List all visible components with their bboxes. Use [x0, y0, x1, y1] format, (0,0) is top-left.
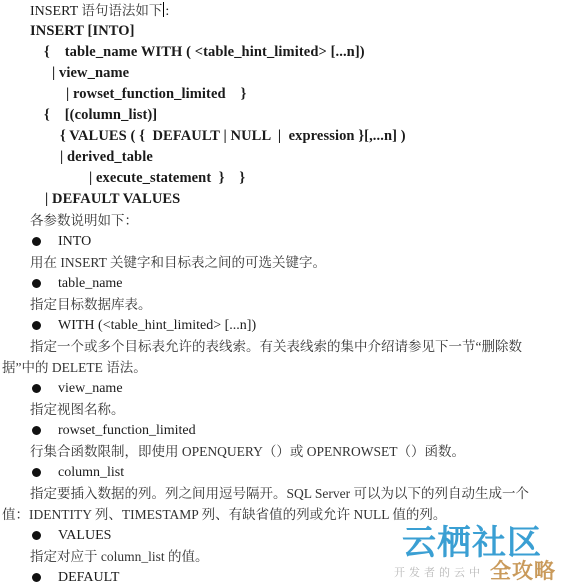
- param-desc: 指定一个或多个目标表允许的表线索。有关表线索的集中介绍请参见下一节“删除数: [30, 336, 522, 357]
- param-item: WITH (<table_hint_limited> [...n]): [32, 315, 256, 336]
- bullet-icon: [32, 468, 41, 477]
- param-item: table_name: [32, 273, 123, 294]
- syntax-line: INSERT [INTO]: [30, 21, 135, 42]
- intro-colon: :: [165, 4, 169, 19]
- watermark-slogan: 开发者的云中: [394, 564, 484, 580]
- syntax-line: { VALUES ( { DEFAULT | NULL | expression…: [60, 126, 406, 147]
- param-item: rowset_function_limited: [32, 420, 196, 441]
- param-name: view_name: [58, 378, 123, 399]
- bullet-icon: [32, 279, 41, 288]
- syntax-line: | rowset_function_limited }: [66, 84, 246, 105]
- syntax-line: { table_name WITH ( <table_hint_limited>…: [44, 42, 365, 63]
- param-name: VALUES: [58, 525, 111, 546]
- params-heading: 各参数说明如下：: [30, 210, 138, 231]
- watermark-logo-text: 云栖社区: [402, 524, 542, 562]
- bullet-icon: [32, 384, 41, 393]
- param-desc: 据”中的 DELETE 语法。: [2, 357, 147, 378]
- param-desc: 指定对应于 column_list 的值。: [30, 546, 209, 567]
- param-name: column_list: [58, 462, 124, 483]
- watermark-tag: 全攻略: [490, 558, 556, 584]
- intro-line: INSERT 语句语法如下:: [30, 0, 169, 21]
- param-desc: 指定要插入数据的列。列之间用逗号隔开。SQL Server 可以为以下的列自动生…: [30, 483, 529, 504]
- syntax-line: | execute_statement } }: [89, 168, 245, 189]
- param-item: column_list: [32, 462, 124, 483]
- param-item: view_name: [32, 378, 123, 399]
- param-item: INTO: [32, 231, 91, 252]
- param-desc: 值：IDENTITY 列、TIMESTAMP 列、有缺省值的列或允许 NULL …: [2, 504, 446, 525]
- param-name: table_name: [58, 273, 123, 294]
- param-item: VALUES: [32, 525, 111, 546]
- syntax-line: | derived_table: [60, 147, 153, 168]
- bullet-icon: [32, 321, 41, 330]
- syntax-line: | DEFAULT VALUES: [45, 189, 180, 210]
- param-name: rowset_function_limited: [58, 420, 196, 441]
- bullet-icon: [32, 237, 41, 246]
- intro-text: 语句语法如下: [81, 3, 162, 18]
- syntax-line: { [(column_list)]: [44, 105, 157, 126]
- intro-keyword: INSERT: [30, 4, 78, 19]
- bullet-icon: [32, 573, 41, 582]
- param-desc: 指定视图名称。: [30, 399, 125, 420]
- param-name: INTO: [58, 231, 91, 252]
- param-item: DEFAULT: [32, 567, 119, 588]
- param-desc: 指定目标数据库表。: [30, 294, 152, 315]
- param-desc: 用在 INSERT 关键字和目标表之间的可选关键字。: [30, 252, 326, 273]
- param-name: DEFAULT: [58, 567, 119, 588]
- syntax-line: | view_name: [52, 63, 129, 84]
- param-desc: 行集合函数限制，即使用 OPENQUERY（）或 OPENROWSET（）函数。: [30, 441, 465, 462]
- param-name: WITH (<table_hint_limited> [...n]): [58, 315, 256, 336]
- watermark: 云栖社区 开发者的云中 全攻略: [392, 526, 569, 588]
- bullet-icon: [32, 531, 41, 540]
- bullet-icon: [32, 426, 41, 435]
